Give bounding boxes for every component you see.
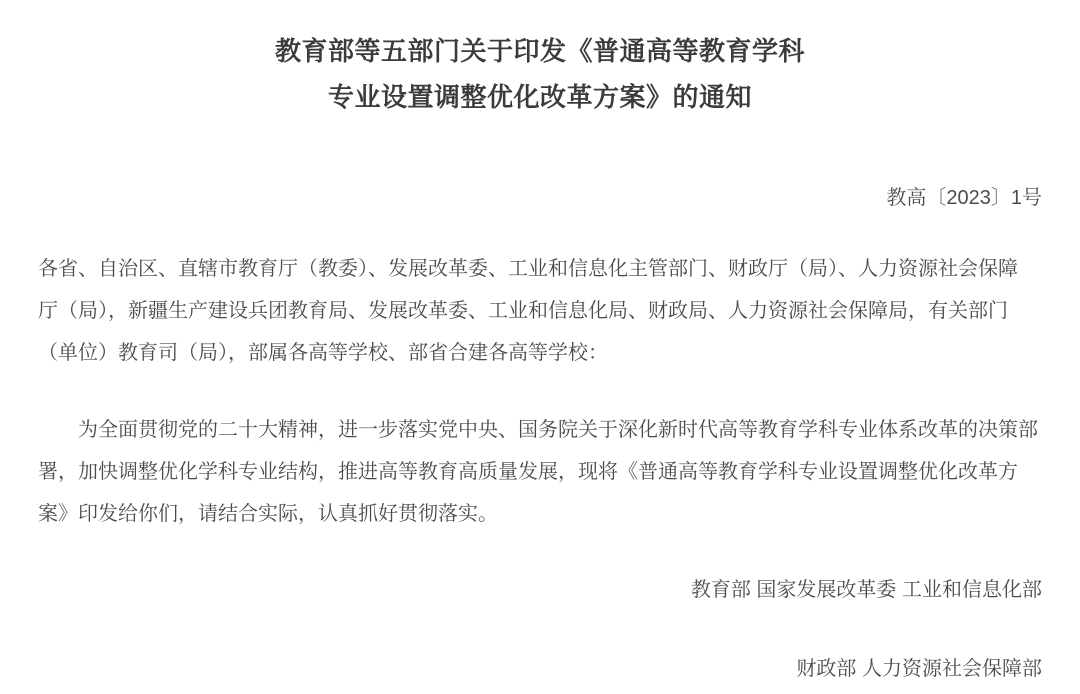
body-line-2: 署，加快调整优化学科专业结构，推进高等教育高质量发展，现将《普通高等教育学科专业… bbox=[38, 451, 1042, 493]
issuing-agencies-line-2: 财政部 人力资源社会保障部 bbox=[38, 648, 1042, 690]
body-line-1: 为全面贯彻党的二十大精神，进一步落实党中央、国务院关于深化新时代高等教育学科专业… bbox=[38, 409, 1042, 451]
issuing-agencies-line-1: 教育部 国家发展改革委 工业和信息化部 bbox=[38, 569, 1042, 611]
recipients-line-1: 各省、自治区、直辖市教育厅（教委）、发展改革委、工业和信息化主管部门、财政厅（局… bbox=[38, 248, 1042, 290]
document-title-line-2: 专业设置调整优化改革方案》的通知 bbox=[38, 74, 1042, 120]
recipients-paragraph: 各省、自治区、直辖市教育厅（教委）、发展改革委、工业和信息化主管部门、财政厅（局… bbox=[38, 248, 1042, 374]
document-title-line-1: 教育部等五部门关于印发《普通高等教育学科 bbox=[38, 28, 1042, 74]
document-title: 教育部等五部门关于印发《普通高等教育学科 专业设置调整优化改革方案》的通知 bbox=[38, 28, 1042, 120]
document-number: 教高〔2023〕1号 bbox=[38, 183, 1042, 213]
notice-document-page: 教育部等五部门关于印发《普通高等教育学科 专业设置调整优化改革方案》的通知 教高… bbox=[0, 0, 1080, 694]
body-paragraph: 为全面贯彻党的二十大精神，进一步落实党中央、国务院关于深化新时代高等教育学科专业… bbox=[38, 409, 1042, 535]
recipients-line-3: （单位）教育司（局），部属各高等学校、部省合建各高等学校： bbox=[38, 332, 1042, 374]
body-line-3: 案》印发给你们，请结合实际，认真抓好贯彻落实。 bbox=[38, 493, 1042, 535]
recipients-line-2: 厅（局），新疆生产建设兵团教育局、发展改革委、工业和信息化局、财政局、人力资源社… bbox=[38, 290, 1042, 332]
